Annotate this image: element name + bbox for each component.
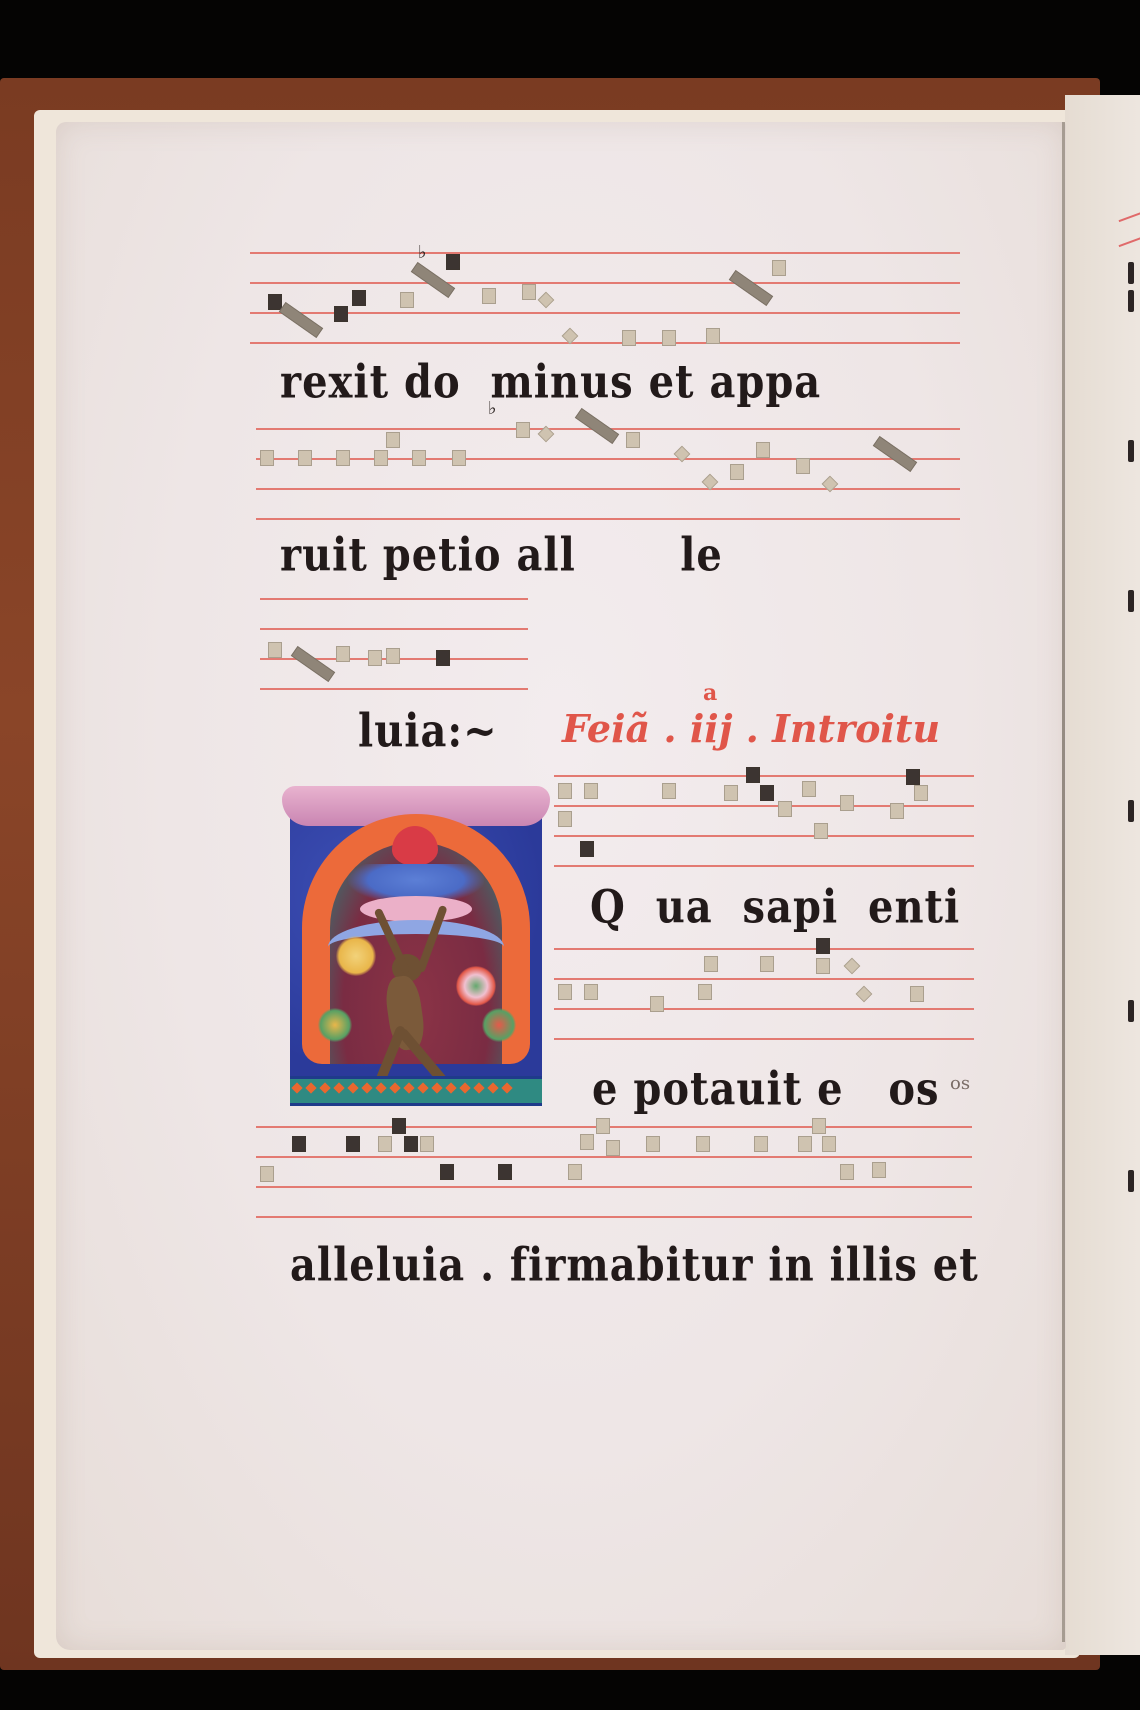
facing-page [1065, 95, 1140, 1655]
music-staff-4 [554, 775, 974, 871]
facing-note [1128, 440, 1134, 462]
lyric-line-4: Q ua sapi enti [590, 880, 960, 934]
illuminated-initial [288, 786, 544, 1100]
lyric-line-5: e potauit e os [592, 1062, 940, 1116]
music-staff-6 [256, 1126, 972, 1222]
rubric-heading: Feiã . iij . Introitu [562, 706, 940, 751]
flat-sign-icon: ♭ [418, 242, 427, 263]
catchword: os [950, 1073, 970, 1094]
lyric-line-6: alleluia . firmabitur in illis et [290, 1238, 979, 1292]
lyric-line-3: luia:~ [358, 704, 498, 758]
lyric-line-2: ruit petio all le [280, 528, 723, 582]
lyric-line-1: rexit do minus et appa [280, 355, 821, 409]
music-staff-1: ♭ [250, 252, 960, 348]
facing-note [1128, 1170, 1134, 1192]
facing-note [1128, 290, 1134, 312]
gutter [1062, 122, 1065, 1642]
facing-note [1128, 1000, 1134, 1022]
facing-note [1128, 800, 1134, 822]
music-staff-2: ♭ [256, 428, 960, 524]
music-staff-5 [554, 948, 974, 1044]
flat-sign-icon: ♭ [488, 398, 497, 419]
rubric-superscript: a [703, 680, 717, 706]
facing-note [1128, 590, 1134, 612]
facing-note [1128, 262, 1134, 284]
music-staff-3 [260, 598, 528, 694]
